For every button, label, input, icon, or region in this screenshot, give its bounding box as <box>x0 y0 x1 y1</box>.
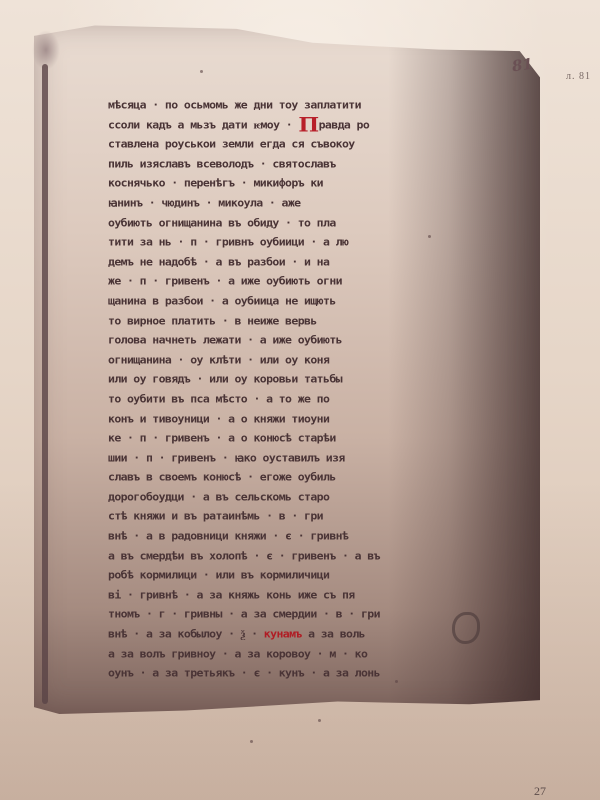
speck <box>250 740 253 743</box>
line-text: внѣ · а в радовници княжи · є · гривнѣ <box>108 530 348 543</box>
manuscript-line: коснячько · перенѣгъ · микифоръ ки <box>108 175 438 193</box>
manuscript-line: голова начнеть лежати · а иже оубиють <box>108 332 438 350</box>
line-text: тити за нь · п · гривнъ оубиици · а лю <box>108 236 348 249</box>
manuscript-line: дорогобоудци · а въ сельскомь старо <box>108 489 438 507</box>
line-text: оунъ · а за третьякъ · є · кунъ · а за л… <box>108 667 380 680</box>
manuscript-line: конъ и тивоуници · а о княжи тиоуни <box>108 410 438 428</box>
manuscript-line: ꙗнинъ · чюдинъ · микоула · аже <box>108 195 438 213</box>
line-text: а въ смердѣи въ холопѣ · є · гривенъ · а… <box>108 549 380 562</box>
folio-number: 81 <box>511 55 534 76</box>
line-text: мѣсяца · по осьмомь же дни тоу заплатити <box>108 99 361 112</box>
binding-edge <box>42 64 48 704</box>
manuscript-line: демъ не надобѣ · а въ разбои · и на <box>108 254 438 272</box>
manuscript-line: оунъ · а за третьякъ · є · кунъ · а за л… <box>108 665 438 683</box>
manuscript-line: ке · п · гривенъ · а о конюсѣ старѣи <box>108 430 438 448</box>
line-text: ві · гривнѣ · а за княжь конь иже съ пя <box>108 589 355 602</box>
line-text: ꙗнинъ · чюдинъ · микоула · аже <box>108 197 300 210</box>
manuscript-line: то оубити въ пса мѣсто · а то же по <box>108 391 438 409</box>
line-text: стѣ княжи и въ ратаинѣмь · в · гри <box>108 510 323 523</box>
manuscript-line: мѣсяца · по осьмомь же дни тоу заплатити <box>108 97 438 115</box>
line-text: или оу говядъ · или оу коровьи татьбы <box>108 373 342 386</box>
speck <box>428 235 431 238</box>
manuscript-line: огнищанина · оу клѣти · или оу коня <box>108 352 438 370</box>
line-text: огнищанина · оу клѣти · или оу коня <box>108 353 329 366</box>
speck <box>318 719 321 722</box>
line-text: то вирное платить · в неиже вервь <box>108 314 317 327</box>
manuscript-line: шии · п · гривенъ · ꙗко оуставилъ изя <box>108 450 438 468</box>
line-text: равда ро <box>319 118 370 131</box>
manuscript-line: ві · гривнѣ · а за княжь конь иже съ пя <box>108 587 438 605</box>
line-text: а за воль <box>302 628 365 641</box>
manuscript-line: ставлена роуськои земли егда ся съвокоу <box>108 136 438 154</box>
manuscript-text: мѣсяца · по осьмомь же дни тоу заплатити… <box>108 96 438 684</box>
line-text: шии · п · гривенъ · ꙗко оуставилъ изя <box>108 451 345 464</box>
line-text: славъ в своемъ конюсѣ · егоже оубиль <box>108 471 336 484</box>
manuscript-line: а за волъ гривноу · а за коровоу · м · к… <box>108 646 438 664</box>
line-text: коснячько · перенѣгъ · микифоръ ки <box>108 177 323 190</box>
line-text: конъ и тивоуници · а о княжи тиоуни <box>108 412 329 425</box>
line-text: ссоли кадъ а мьзъ дати ѥмоу · <box>108 118 298 131</box>
manuscript-line: а въ смердѣи въ холопѣ · є · гривенъ · а… <box>108 548 438 566</box>
red-initial-letter: П <box>298 117 318 135</box>
manuscript-line: внѣ · а в радовници княжи · є · гривнѣ <box>108 528 438 546</box>
line-text: то оубити въ пса мѣсто · а то же по <box>108 393 329 406</box>
line-text: голова начнеть лежати · а иже оубиють <box>108 334 342 347</box>
line-text: дорогобоудци · а въ сельскомь старо <box>108 491 329 504</box>
marginal-mark-icon <box>452 612 480 644</box>
line-text: внѣ · а за кобылоу · ѯ · <box>108 628 264 641</box>
manuscript-line: ссоли кадъ а мьзъ дати ѥмоу · Правда ро <box>108 117 438 135</box>
manuscript-line: же · п · гривенъ · а иже оубиють огни <box>108 273 438 291</box>
manuscript-line: стѣ княжи и въ ратаинѣмь · в · гри <box>108 508 438 526</box>
line-text: оубиють огнищанина въ обиду · то пла <box>108 216 336 229</box>
line-text: тномъ · г · гривны · а за смердии · в · … <box>108 608 380 621</box>
line-text: а за волъ гривноу · а за коровоу · м · к… <box>108 647 367 660</box>
line-text: щанина в разбои · а оубиица не ищють <box>108 295 336 308</box>
speck <box>200 70 203 73</box>
manuscript-line: то вирное платить · в неиже вервь <box>108 313 438 331</box>
manuscript-line: тномъ · г · гривны · а за смердии · в · … <box>108 606 438 624</box>
line-text: же · п · гривенъ · а иже оубиють огни <box>108 275 342 288</box>
manuscript-line: пиль изяславъ всеволодъ · святославъ <box>108 156 438 174</box>
manuscript-line: тити за нь · п · гривнъ оубиици · а лю <box>108 234 438 252</box>
manuscript-line: внѣ · а за кобылоу · ѯ · кунамъ а за вол… <box>108 626 438 644</box>
speck <box>395 680 398 683</box>
page-number: 27 <box>534 784 546 799</box>
line-text: демъ не надобѣ · а въ разбои · и на <box>108 256 329 269</box>
manuscript-line: славъ в своемъ конюсѣ · егоже оубиль <box>108 469 438 487</box>
manuscript-line: щанина в разбои · а оубиица не ищють <box>108 293 438 311</box>
manuscript-line: или оу говядъ · или оу коровьи татьбы <box>108 371 438 389</box>
line-text: ке · п · гривенъ · а о конюсѣ старѣи <box>108 432 336 445</box>
line-text: пиль изяславъ всеволодъ · святославъ <box>108 158 336 171</box>
red-rubric: кунамъ <box>264 628 302 641</box>
line-text: робѣ кормилици · или въ кормиличици <box>108 569 329 582</box>
margin-reference: л. 81 <box>566 71 591 82</box>
line-text: ставлена роуськои земли егда ся съвокоу <box>108 138 355 151</box>
manuscript-line: робѣ кормилици · или въ кормиличици <box>108 567 438 585</box>
manuscript-line: оубиють огнищанина въ обиду · то пла <box>108 215 438 233</box>
